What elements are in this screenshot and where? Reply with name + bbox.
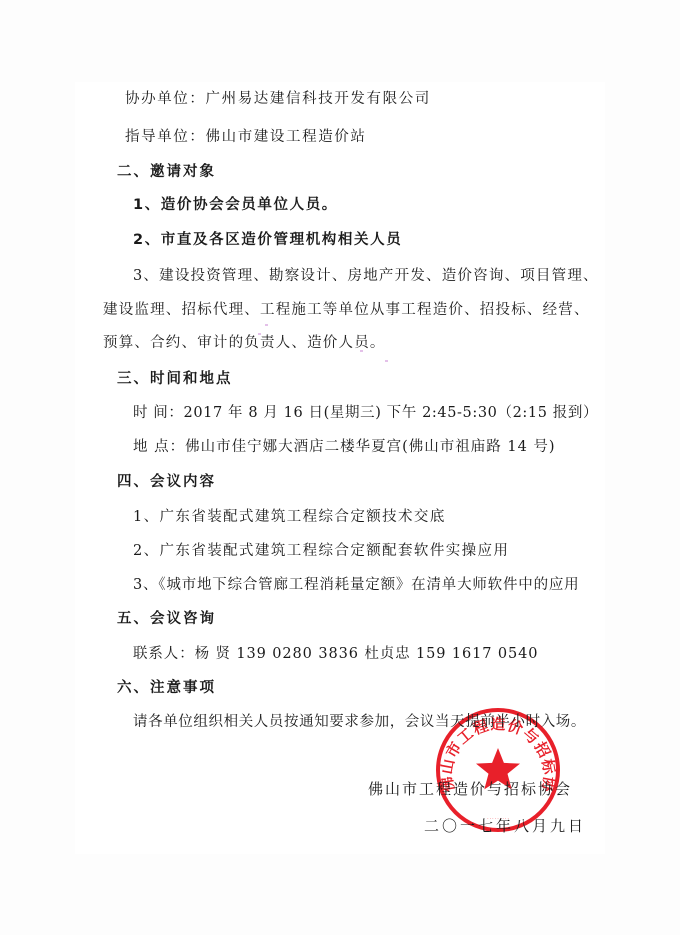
- content-item-3: 3、《城市地下综合管廊工程消耗量定额》在清单大师软件中的应用: [133, 576, 579, 594]
- guidance-unit-line: 指导单位：佛山市建设工程造价站: [125, 128, 367, 146]
- invitee-item-3: 3、建设投资管理、勘察设计、房地产开发、造价咨询、项目管理、: [133, 267, 599, 285]
- scan-speck: [265, 324, 268, 326]
- guidance-unit-value: 佛山市建设工程造价站: [206, 129, 367, 145]
- invitee-item-1: 1、造价协会会员单位人员。: [133, 196, 338, 214]
- signature-date: 二〇一七年八月九日: [424, 815, 586, 836]
- invitee-item-3-cont-2: 预算、合约、审计的负责人、造价人员。: [103, 334, 386, 352]
- scan-speck: [385, 360, 388, 362]
- co-organizer-value: 广州易达建信科技开发有限公司: [206, 91, 431, 107]
- section-heading-content: 四、会议内容: [117, 473, 216, 491]
- content-item-1: 1、广东省装配式建筑工程综合定额技术交底: [133, 508, 446, 526]
- meeting-place: 地 点：佛山市佳宁娜大酒店二楼华夏宫(佛山市祖庙路 14 号): [133, 438, 556, 456]
- scan-speck: [360, 350, 363, 352]
- meeting-time: 时 间：2017 年 8 月 16 日(星期三) 下午 2:45-5:30（2:…: [133, 404, 598, 422]
- content-item-2: 2、广东省装配式建筑工程综合定额配套软件实操应用: [133, 542, 509, 560]
- section-heading-consult: 五、会议咨询: [117, 610, 216, 628]
- invitee-item-2: 2、市直及各区造价管理机构相关人员: [133, 231, 402, 249]
- contact-info: 联系人：杨 贤 139 0280 3836 杜贞忠 159 1617 0540: [133, 645, 538, 663]
- signature-organization: 佛山市工程造价与招标协会: [368, 778, 572, 799]
- invitee-item-3-cont-1: 建设监理、招标代理、工程施工等单位从事工程造价、招投标、经营、: [103, 301, 590, 319]
- co-organizer-line: 协办单位：广州易达建信科技开发有限公司: [125, 90, 431, 108]
- guidance-unit-label: 指导单位：: [125, 129, 206, 145]
- scan-speck: [258, 333, 261, 335]
- co-organizer-label: 协办单位：: [125, 91, 206, 107]
- section-heading-invitees: 二、邀请对象: [117, 163, 216, 181]
- section-heading-notes: 六、注意事项: [117, 679, 216, 697]
- notes-text: 请各单位组织相关人员按通知要求参加，会议当天提前半小时入场。: [133, 713, 586, 731]
- section-heading-time-place: 三、时间和地点: [117, 370, 233, 388]
